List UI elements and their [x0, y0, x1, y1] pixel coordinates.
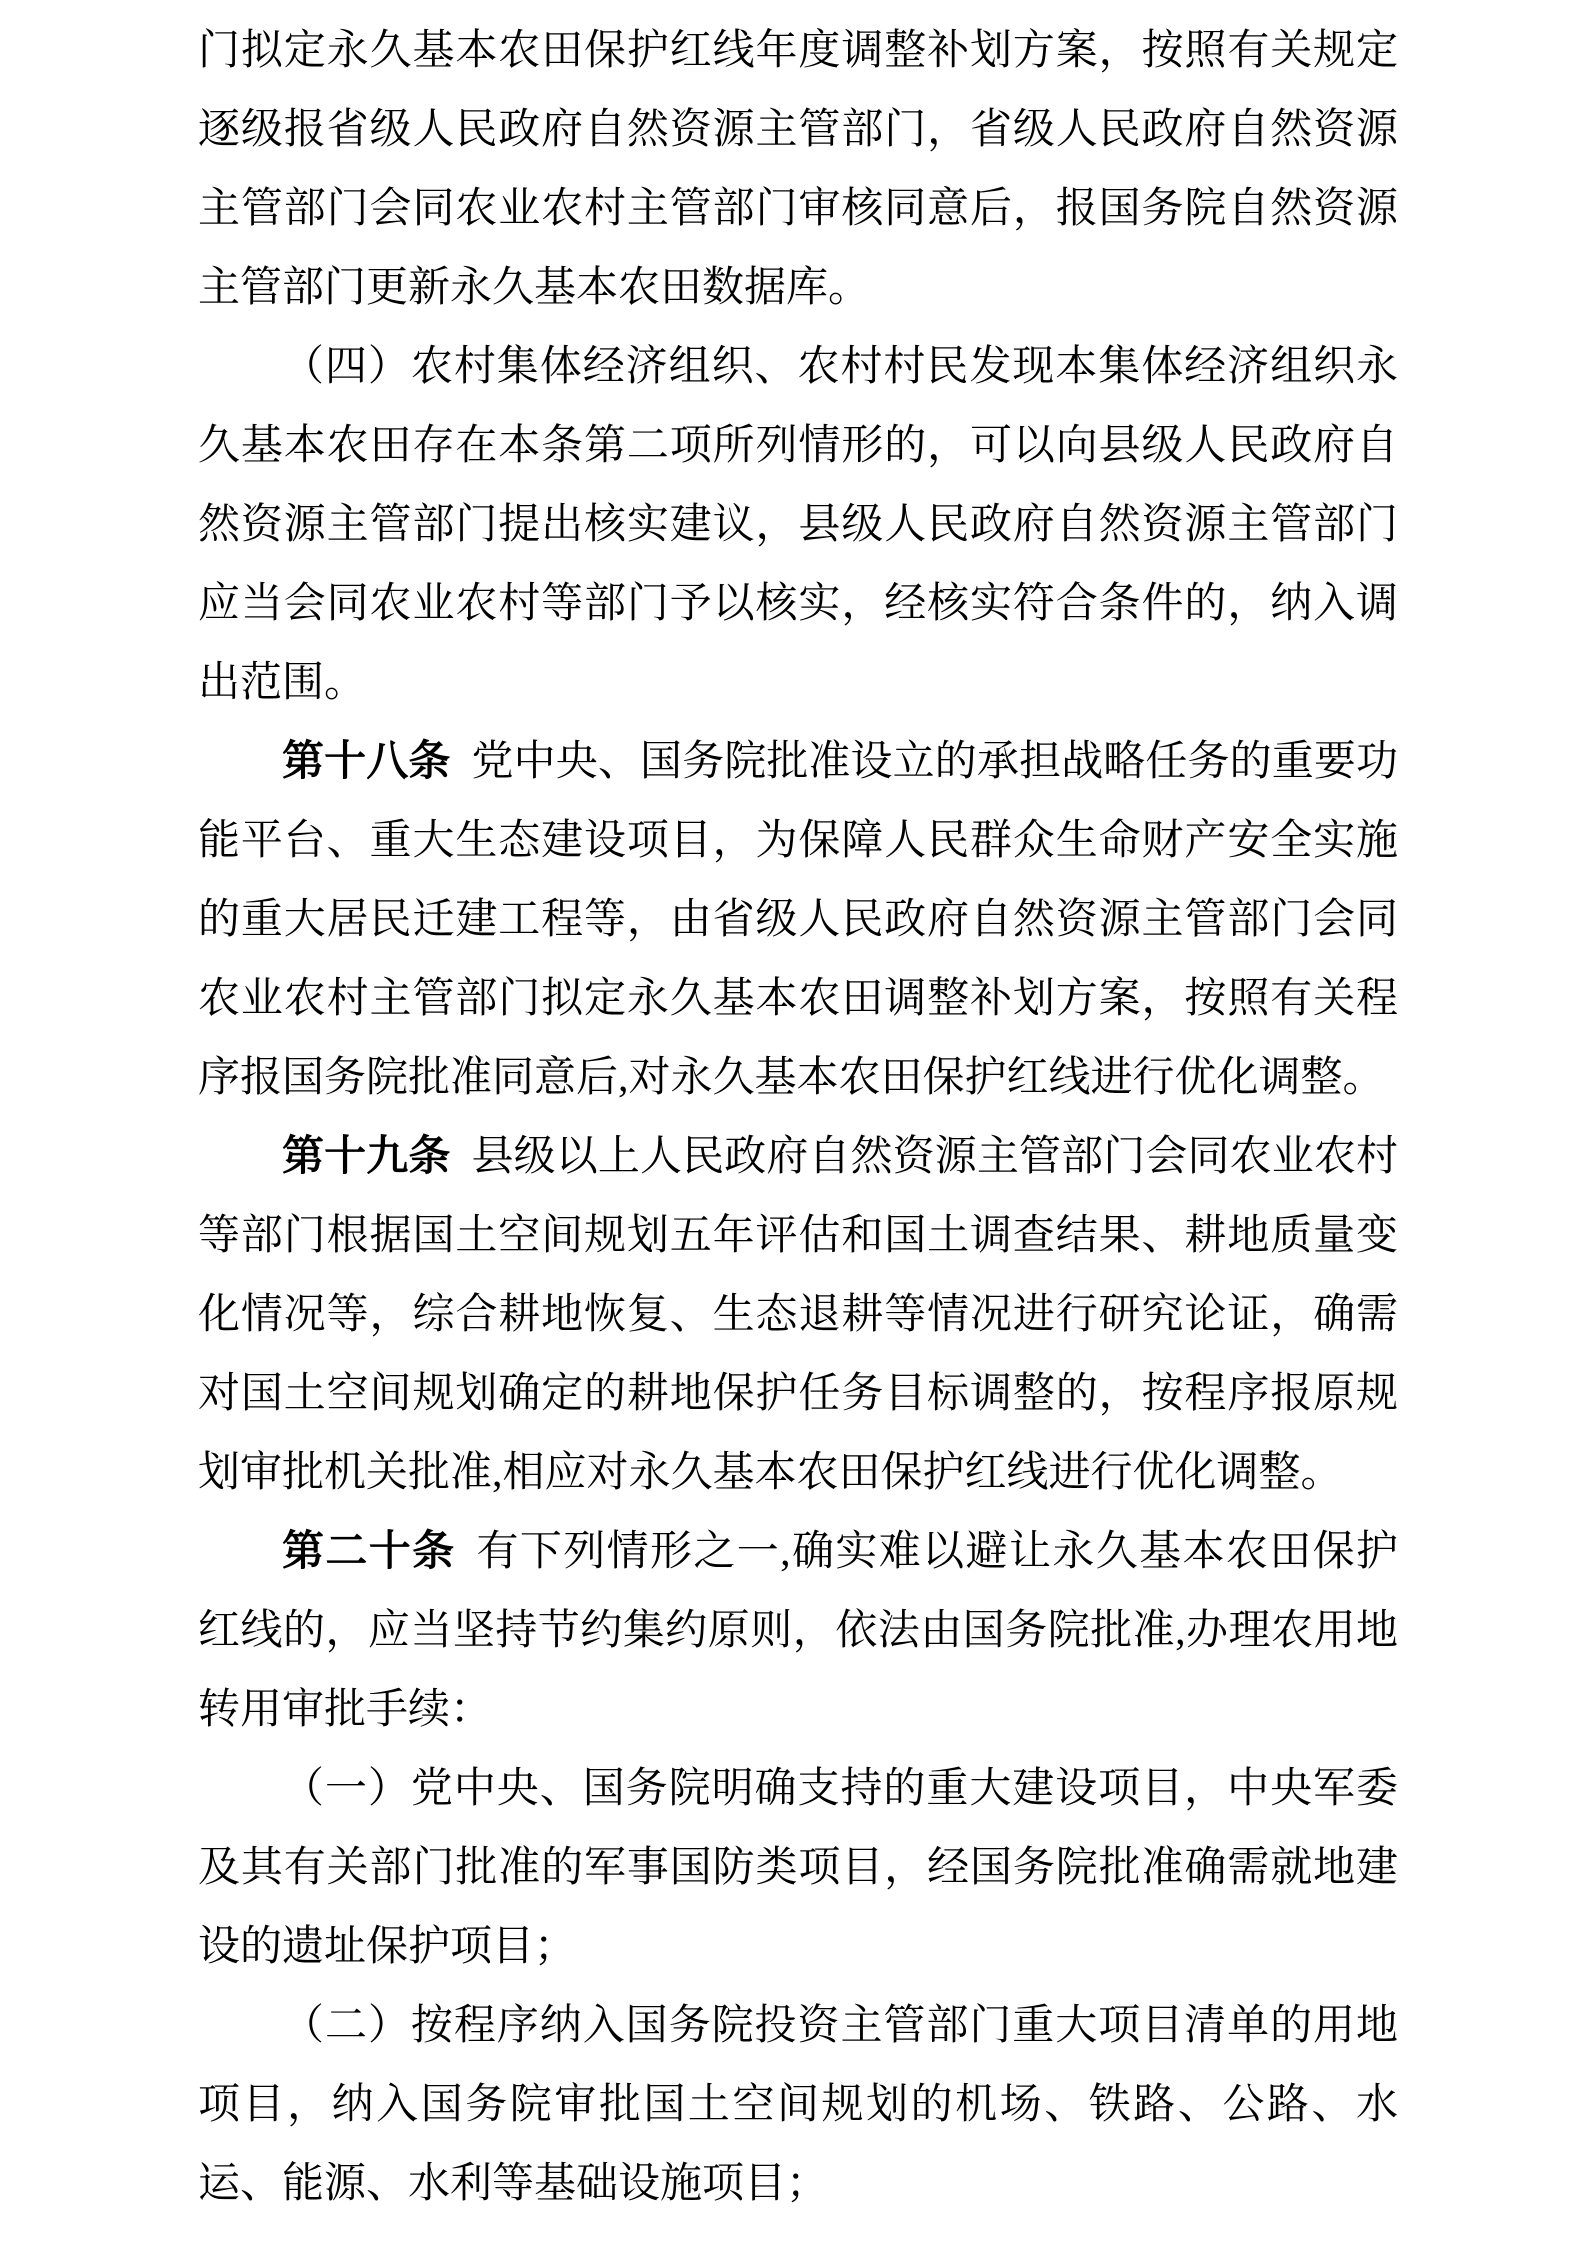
paragraph: 第二十条有下列情形之一,确实难以避让永久基本农田保护红线的，应当坚持节约集约原则…: [198, 1513, 1398, 1750]
article-number: 第十九条: [282, 1134, 450, 1180]
paragraph-text: （一）党中央、国务院明确支持的重大建设项目，中央军委及其有关部门批准的军事国防类…: [198, 1766, 1398, 1970]
paragraph-text: （四）农村集体经济组织、农村村民发现本集体经济组织永久基本农田存在本条第二项所列…: [198, 344, 1398, 706]
paragraph: 第十九条县级以上人民政府自然资源主管部门会同农业农村等部门根据国土空间规划五年评…: [198, 1118, 1398, 1513]
article-number: 第十八条: [282, 739, 450, 785]
paragraph-text: 县级以上人民政府自然资源主管部门会同农业农村等部门根据国土空间规划五年评估和国土…: [198, 1134, 1398, 1496]
document-text-block: 门拟定永久基本农田保护红线年度调整补划方案，按照有关规定逐级报省级人民政府自然资…: [198, 12, 1398, 2224]
paragraph-text: 党中央、国务院批准设立的承担战略任务的重要功能平台、重大生态建设项目，为保障人民…: [198, 739, 1398, 1101]
paragraph: （二）按程序纳入国务院投资主管部门重大项目清单的用地项目，纳入国务院审批国土空间…: [198, 1987, 1398, 2224]
paragraph: （四）农村集体经济组织、农村村民发现本集体经济组织永久基本农田存在本条第二项所列…: [198, 328, 1398, 723]
paragraph: 门拟定永久基本农田保护红线年度调整补划方案，按照有关规定逐级报省级人民政府自然资…: [198, 12, 1398, 328]
paragraph: （一）党中央、国务院明确支持的重大建设项目，中央军委及其有关部门批准的军事国防类…: [198, 1750, 1398, 1987]
paragraph: 第十八条党中央、国务院批准设立的承担战略任务的重要功能平台、重大生态建设项目，为…: [198, 723, 1398, 1118]
paragraph-text: 门拟定永久基本农田保护红线年度调整补划方案，按照有关规定逐级报省级人民政府自然资…: [198, 28, 1398, 311]
paragraph-text: （二）按程序纳入国务院投资主管部门重大项目清单的用地项目，纳入国务院审批国土空间…: [198, 2003, 1398, 2207]
document-page: 门拟定永久基本农田保护红线年度调整补划方案，按照有关规定逐级报省级人民政府自然资…: [0, 0, 1587, 2245]
article-number: 第二十条: [282, 1529, 456, 1575]
